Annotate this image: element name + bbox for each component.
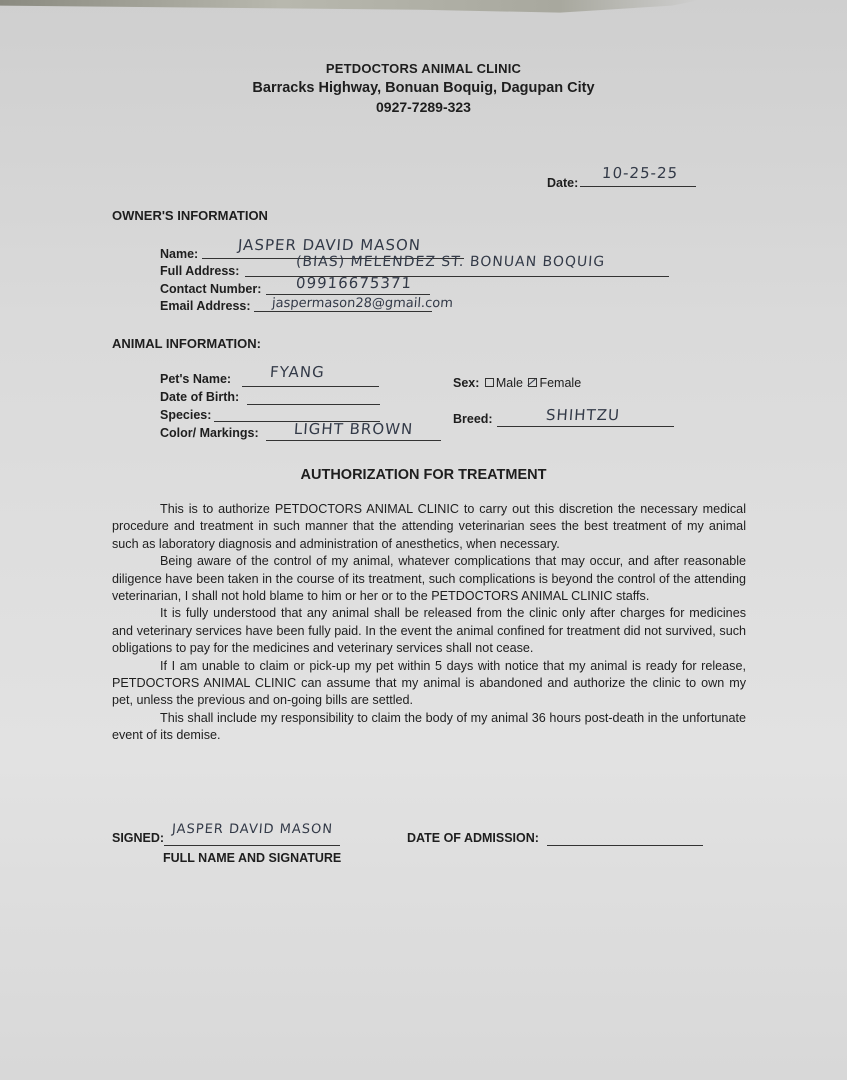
breed-value[interactable]: SHIHTZU [545, 406, 620, 424]
authorization-body: This is to authorize PETDOCTORS ANIMAL C… [112, 501, 746, 745]
female-option-label: Female [539, 376, 581, 390]
dob-line[interactable] [247, 404, 380, 405]
paragraph-authorize: This is to authorize PETDOCTORS ANIMAL C… [112, 501, 746, 553]
clinic-name: PETDOCTORS ANIMAL CLINIC [0, 61, 847, 76]
signed-label: SIGNED: [112, 831, 164, 845]
female-checkbox[interactable] [528, 378, 537, 387]
pet-name-line [242, 386, 379, 387]
owner-email-line [254, 311, 432, 312]
dob-label: Date of Birth: [160, 390, 239, 404]
admission-date-line[interactable] [547, 845, 703, 846]
sex-field: Sex: Male Female [453, 376, 581, 390]
owner-name-value[interactable]: JASPER DAVID MASON [237, 236, 421, 254]
owner-address-value[interactable]: (BIAS) MELENDEZ ST. BONUAN BOQUIG [295, 254, 605, 270]
owner-email-label: Email Address: [160, 299, 251, 313]
paragraph-charges: It is fully understood that any animal s… [112, 605, 746, 657]
clinic-address: Barracks Highway, Bonuan Boquig, Dagupan… [0, 80, 847, 96]
pet-name-label: Pet's Name: [160, 372, 231, 386]
consent-form-page: PETDOCTORS ANIMAL CLINIC Barracks Highwa… [0, 0, 847, 1080]
owner-contact-line [266, 294, 430, 295]
sex-label: Sex: [453, 376, 479, 390]
color-line [266, 440, 441, 441]
date-line [580, 186, 696, 187]
admission-date-label: DATE OF ADMISSION: [407, 831, 539, 845]
male-option-label: Male [496, 376, 523, 390]
paragraph-remains: This shall include my responsibility to … [112, 710, 746, 745]
owner-contact-value[interactable]: 09916675371 [295, 274, 412, 292]
breed-label: Breed: [453, 412, 493, 426]
owner-contact-label: Contact Number: [160, 282, 261, 296]
owner-address-label: Full Address: [160, 264, 239, 278]
color-value[interactable]: LIGHT BROWN [293, 420, 413, 438]
color-label: Color/ Markings: [160, 426, 259, 440]
paragraph-abandonment: If I am unable to claim or pick-up my pe… [112, 658, 746, 710]
species-label: Species: [160, 408, 211, 422]
breed-line [497, 426, 674, 427]
owner-email-value[interactable]: jaspermason28@gmail.com [271, 296, 453, 311]
signature-caption: FULL NAME AND SIGNATURE [163, 851, 341, 865]
signature-line [164, 845, 340, 846]
owner-name-label: Name: [160, 247, 198, 261]
owner-section-title: OWNER'S INFORMATION [112, 208, 268, 223]
date-label: Date: [547, 176, 578, 190]
paragraph-complications: Being aware of the control of my animal,… [112, 553, 746, 605]
male-checkbox[interactable] [485, 378, 494, 387]
date-value[interactable]: 10-25-25 [601, 164, 678, 182]
authorization-title: AUTHORIZATION FOR TREATMENT [0, 467, 847, 483]
animal-section-title: ANIMAL INFORMATION: [112, 336, 261, 351]
clinic-phone: 0927-7289-323 [0, 99, 847, 115]
pet-name-value[interactable]: FYANG [269, 363, 325, 381]
signature-value[interactable]: JASPER DAVID MASON [171, 822, 333, 837]
